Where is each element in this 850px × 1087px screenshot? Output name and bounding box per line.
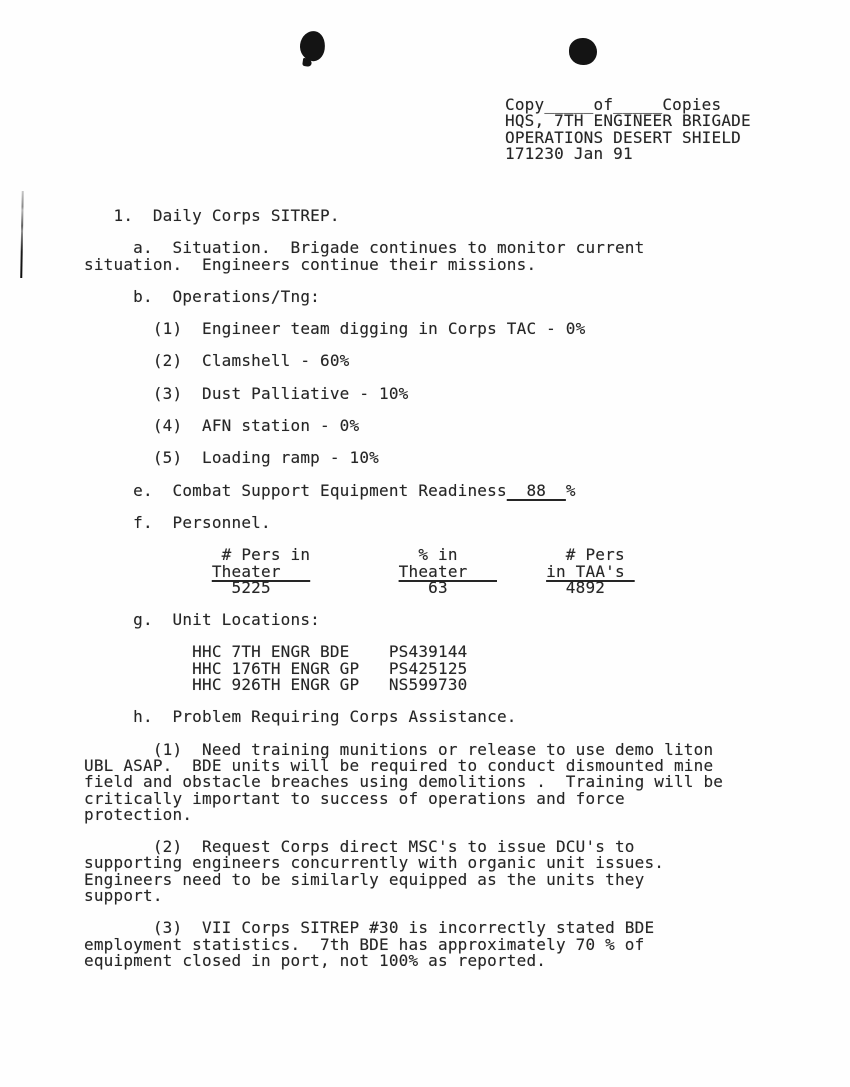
- problem-1: (1) Need training munitions or release t…: [84, 742, 804, 823]
- paragraph-e-readiness: e. Combat Support Equipment Readiness 88…: [84, 483, 804, 499]
- date-time-group-line: 171230 Jan 91: [505, 146, 751, 162]
- unit-location-row: HHC 926TH ENGR GP NS599730: [84, 677, 804, 693]
- doc-line: (1) Engineer team digging in Corps TAC -…: [84, 321, 804, 337]
- ops-item-5: (5) Loading ramp - 10%: [84, 450, 804, 466]
- doc-line: Engineers need to be similarly equipped …: [84, 872, 804, 888]
- ops-item-1: (1) Engineer team digging in Corps TAC -…: [84, 321, 804, 337]
- doc-line: (4) AFN station - 0%: [84, 418, 804, 434]
- doc-line: b. Operations/Tng:: [84, 289, 804, 305]
- doc-line: protection.: [84, 807, 804, 823]
- table-values-row: 5225 63 4892: [84, 580, 804, 596]
- ops-item-2: (2) Clamshell - 60%: [84, 353, 804, 369]
- binder-hole-mark-left: [298, 29, 327, 62]
- document-header: Copy_____of_____Copies HQS, 7TH ENGINEER…: [505, 97, 751, 162]
- doc-line: (3) Dust Palliative - 10%: [84, 386, 804, 402]
- ops-item-4: (4) AFN station - 0%: [84, 418, 804, 434]
- paragraph-a-situation: a. Situation. Brigade continues to monit…: [84, 240, 804, 273]
- doc-line: equipment closed in port, not 100% as re…: [84, 953, 804, 969]
- document-body: 1. Daily Corps SITREP. a. Situation. Bri…: [84, 208, 804, 969]
- readiness-value: 88: [507, 481, 566, 500]
- paragraph-h-problems: h. Problem Requiring Corps Assistance.: [84, 709, 804, 725]
- paragraph-f-personnel: f. Personnel.: [84, 515, 804, 531]
- readiness-label: e. Combat Support Equipment Readiness: [84, 481, 507, 500]
- problem-2: (2) Request Corps direct MSC's to issue …: [84, 839, 804, 904]
- margin-pen-mark: [20, 191, 24, 278]
- binder-hole-mark-right: [569, 38, 597, 65]
- doc-line: f. Personnel.: [84, 515, 804, 531]
- doc-line: 1. Daily Corps SITREP.: [84, 208, 804, 224]
- document-page: Copy_____of_____Copies HQS, 7TH ENGINEER…: [0, 0, 850, 1087]
- doc-line: critically important to success of opera…: [84, 791, 804, 807]
- doc-line: situation. Engineers continue their miss…: [84, 257, 804, 273]
- doc-line: (2) Clamshell - 60%: [84, 353, 804, 369]
- paragraph-b-operations: b. Operations/Tng:: [84, 289, 804, 305]
- doc-line: support.: [84, 888, 804, 904]
- doc-line: h. Problem Requiring Corps Assistance.: [84, 709, 804, 725]
- problem-3: (3) VII Corps SITREP #30 is incorrectly …: [84, 920, 804, 969]
- readiness-percent-sign: %: [566, 481, 576, 500]
- paragraph-g-unit-locations: g. Unit Locations:: [84, 612, 804, 628]
- ops-item-3: (3) Dust Palliative - 10%: [84, 386, 804, 402]
- personnel-table: # Pers in % in # Pers Theater Theater in…: [84, 547, 804, 596]
- doc-line: e. Combat Support Equipment Readiness 88…: [84, 483, 804, 499]
- doc-line: (5) Loading ramp - 10%: [84, 450, 804, 466]
- doc-line: g. Unit Locations:: [84, 612, 804, 628]
- unit-location-list: HHC 7TH ENGR BDE PS439144 HHC 176TH ENGR…: [84, 644, 804, 693]
- paragraph-1-daily-sitrep: 1. Daily Corps SITREP.: [84, 208, 804, 224]
